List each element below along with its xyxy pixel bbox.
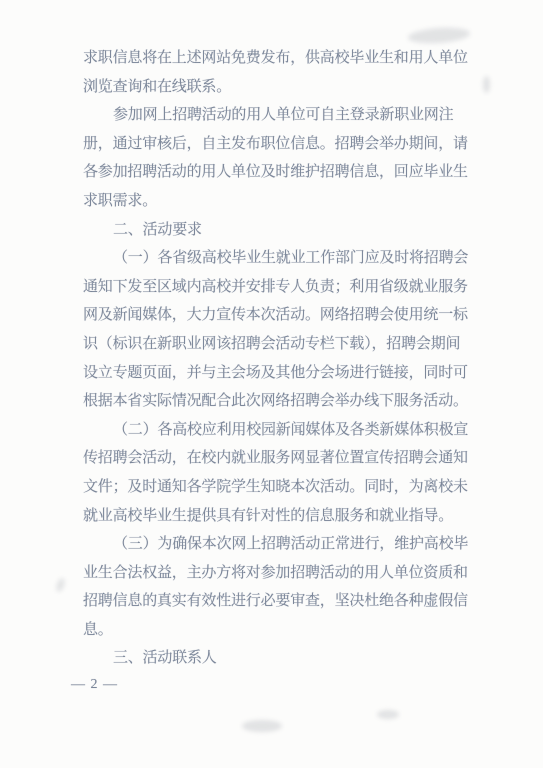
document-line: 息。 <box>83 616 483 645</box>
document-line: 业生合法权益，主办方将对参加招聘活动的用人单位资质和 <box>83 559 483 588</box>
scan-smudge <box>55 577 66 593</box>
section-heading: 三、活动联系人 <box>83 644 483 673</box>
document-line: （二）各高校应利用校园新闻媒体及各类新媒体积极宣 <box>83 416 483 445</box>
page-number: — 2 — <box>71 674 118 696</box>
scan-smudge <box>408 26 471 45</box>
document-line: 各参加招聘活动的用人单位及时维护招聘信息，回应毕业生 <box>83 158 483 187</box>
document-line: 通知下发至区域内高校并安排专人负责；利用省级就业服务 <box>83 273 483 302</box>
document-line: 根据本省实际情况配合此次网络招聘会举办线下服务活动。 <box>83 387 483 416</box>
document-line: 浏览查询和在线联系。 <box>83 73 483 102</box>
section-heading: 二、活动要求 <box>83 216 483 245</box>
document-line: 招聘信息的真实有效性进行必要审查，坚决杜绝各种虚假信 <box>83 587 483 616</box>
document-line: 求职需求。 <box>83 187 483 216</box>
scan-smudge <box>242 720 282 732</box>
document-line: 求职信息将在上述网站免费发布，供高校毕业生和用人单位 <box>83 44 483 73</box>
document-line: 识（标识在新职业网该招聘会活动专栏下载），招聘会期间 <box>83 330 483 359</box>
document-body: 求职信息将在上述网站免费发布，供高校毕业生和用人单位浏览查询和在线联系。参加网上… <box>83 44 483 673</box>
scan-smudge <box>483 76 490 93</box>
scan-smudge <box>377 710 399 719</box>
document-line: （一）各省级高校毕业生就业工作部门应及时将招聘会 <box>83 244 483 273</box>
document-line: 设立专题页面，并与主会场及其他分会场进行链接，同时可 <box>83 359 483 388</box>
document-line: 文件；及时通知各学院学生知晓本次活动。同时，为离校未 <box>83 473 483 502</box>
document-line: 传招聘会活动，在校内就业服务网显著位置宣传招聘会通知 <box>83 444 483 473</box>
document-line: 网及新闻媒体，大力宣传本次活动。网络招聘会使用统一标 <box>83 301 483 330</box>
document-line: 就业高校毕业生提供具有针对性的信息服务和就业指导。 <box>83 502 483 531</box>
document-line: 参加网上招聘活动的用人单位可自主登录新职业网注 <box>83 101 483 130</box>
document-line: 册，通过审核后，自主发布职位信息。招聘会举办期间，请 <box>83 130 483 159</box>
document-page: 求职信息将在上述网站免费发布，供高校毕业生和用人单位浏览查询和在线联系。参加网上… <box>0 0 543 768</box>
document-line: （三）为确保本次网上招聘活动正常进行，维护高校毕 <box>83 530 483 559</box>
